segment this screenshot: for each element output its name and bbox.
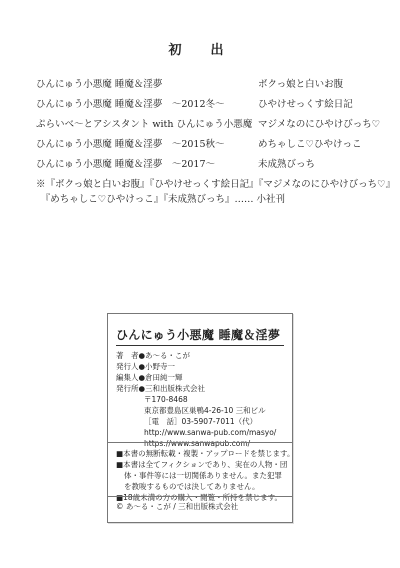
colophon-box: ひんにゅう小悪魔 睡魔＆淫夢 著 者●あ～る・こが 発行人●小野寺一 編集人●倉… bbox=[107, 313, 293, 523]
list-item: ひんにゅう小悪魔 睡魔＆淫夢 ～2015秋～ めちゃしこ♡ひやけっこ bbox=[36, 136, 376, 156]
story-title: ボクっ娘と白いお腹 bbox=[258, 76, 343, 90]
publication-source: ひんにゅう小悪魔 睡魔＆淫夢 bbox=[36, 76, 162, 90]
divider bbox=[108, 496, 292, 497]
copyright-notice: © あ～る・こが / 三和出版株式会社 bbox=[116, 501, 238, 512]
credit-name: 三和出版株式会社 bbox=[145, 384, 205, 393]
list-item: ぷらいべ～とアシスタント with ひんにゅう小悪魔 マジメなのにひやけびっち♡ bbox=[36, 116, 376, 136]
credit-name: あ～る・こが bbox=[145, 351, 190, 360]
list-item: ひんにゅう小悪魔 睡魔＆淫夢 ボクっ娘と白いお腹 bbox=[36, 76, 376, 96]
notice-line: を教唆するものでは決してありません。 bbox=[116, 481, 294, 492]
publication-note: ※『ボクっ娘と白いお腹』『ひやけせっくす絵日記』『マジメなのにひやけびっち♡』 … bbox=[36, 177, 386, 207]
list-item: ひんにゅう小悪魔 睡魔＆淫夢 ～2017～ 未成熟びっち bbox=[36, 156, 376, 176]
notice-line: ■本書の無断転載・複製・アップロードを禁じます。 bbox=[116, 448, 294, 459]
street-address: 東京都豊島区巣鴨4-26-10 三和ビル bbox=[116, 405, 276, 416]
credit-author: 著 者●あ～る・こが bbox=[116, 350, 276, 361]
colophon-book-title: ひんにゅう小悪魔 睡魔＆淫夢 bbox=[116, 326, 284, 346]
credit-role: 発行所 bbox=[116, 384, 139, 393]
postal-code: 〒170-8468 bbox=[116, 394, 276, 405]
first-appearance-list: ひんにゅう小悪魔 睡魔＆淫夢 ボクっ娘と白いお腹 ひんにゅう小悪魔 睡魔＆淫夢 … bbox=[36, 76, 376, 176]
website-link[interactable]: http://www.sanwa-pub.com/masyo/ bbox=[116, 427, 276, 438]
phone-number: ［電 話］03-5907-7011（代） bbox=[116, 416, 276, 427]
publication-source: ぷらいべ～とアシスタント with ひんにゅう小悪魔 bbox=[36, 116, 252, 130]
note-line: ※『ボクっ娘と白いお腹』『ひやけせっくす絵日記』『マジメなのにひやけびっち♡』 bbox=[36, 177, 386, 192]
publication-source: ひんにゅう小悪魔 睡魔＆淫夢 ～2017～ bbox=[36, 156, 215, 170]
credit-name: 小野寺一 bbox=[145, 362, 175, 371]
list-item: ひんにゅう小悪魔 睡魔＆淫夢 ～2012冬～ ひやけせっくす絵日記 bbox=[36, 96, 376, 116]
credit-editor: 編集人●倉田純一輝 bbox=[116, 372, 276, 383]
story-title: 未成熟びっち bbox=[258, 156, 315, 170]
notice-line: 体・事件等には一切関係ありません。また犯罪 bbox=[116, 470, 294, 481]
credit-role: 著 者 bbox=[116, 351, 139, 360]
publication-source: ひんにゅう小悪魔 睡魔＆淫夢 ～2012冬～ bbox=[36, 96, 225, 110]
notice-line: ■本書は全てフィクションであり、実在の人物・団 bbox=[116, 459, 294, 470]
credit-publisher-company: 発行所●三和出版株式会社 bbox=[116, 383, 276, 394]
credit-name: 倉田純一輝 bbox=[145, 373, 183, 382]
publication-source: ひんにゅう小悪魔 睡魔＆淫夢 ～2015秋～ bbox=[36, 136, 225, 150]
credit-role: 編集人 bbox=[116, 373, 139, 382]
credit-role: 発行人 bbox=[116, 362, 139, 371]
credits-block: 著 者●あ～る・こが 発行人●小野寺一 編集人●倉田純一輝 発行所●三和出版株式… bbox=[116, 350, 276, 449]
story-title: ひやけせっくす絵日記 bbox=[258, 96, 353, 110]
story-title: マジメなのにひやけびっち♡ bbox=[258, 116, 380, 130]
note-line: 『めちゃしこ♡ひやけっこ』『未成熟びっち』…… 小社刊 bbox=[36, 192, 386, 207]
credit-publisher-person: 発行人●小野寺一 bbox=[116, 361, 276, 372]
legal-notices: ■本書の無断転載・複製・アップロードを禁じます。 ■本書は全てフィクションであり… bbox=[116, 448, 294, 503]
page-title: 初 出 bbox=[0, 39, 400, 58]
divider bbox=[108, 442, 292, 443]
story-title: めちゃしこ♡ひやけっこ bbox=[258, 136, 362, 150]
